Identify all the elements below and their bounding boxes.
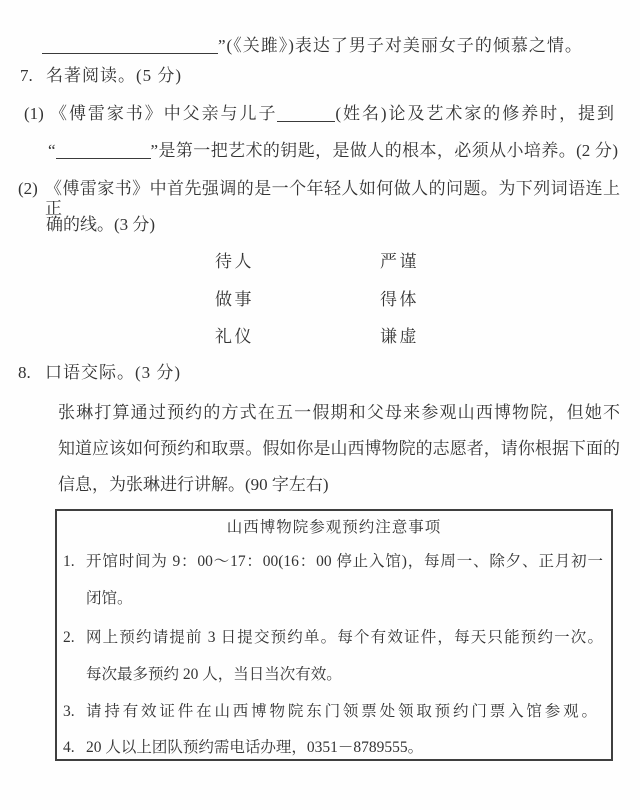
fill-blank-sentence: ”(《关雎》)表达了男子对美丽女子的倾慕之情。 (42, 36, 583, 56)
q7-part1-line2-text: ”是第一把艺术的钥匙，是做人的根本，必须从小培养。(2 分) (151, 141, 618, 160)
fill-blank-text: ”(《关雎》)表达了男子对美丽女子的倾慕之情。 (218, 36, 583, 55)
notice-item4-line1: 20 人以上团队预约需电话办理，0351－8789555。 (86, 738, 423, 757)
q8-paragraph-line3: 信息，为张琳进行讲解。(90 字左右) (58, 475, 329, 495)
notice-box: 山西博物院参观预约注意事项 1. 开馆时间为 9：00～17：00(16：00 … (55, 509, 613, 761)
notice-item1-number: 1. (63, 552, 75, 571)
match-right-word-3: 谦虚 (380, 327, 419, 347)
question-8-number: 8. (18, 363, 31, 383)
q7-part1-open-quote: “ (48, 141, 56, 160)
notice-item3-line1: 请持有效证件在山西博物院东门领票处领取预约门票入馆参观。 (86, 702, 597, 721)
name-answer-blank (277, 104, 335, 122)
q8-paragraph-line2: 知道应该如何预约和取票。假如你是山西博物院的志愿者，请你根据下面的 (58, 439, 620, 459)
quote-answer-blank (56, 141, 151, 159)
q8-paragraph-line1: 张琳打算通过预约的方式在五一假期和父母来参观山西博物院，但她不 (58, 403, 620, 423)
question-7-number: 7. (20, 66, 33, 86)
notice-item1-line1: 开馆时间为 9：00～17：00(16：00 停止入馆)，每周一、除夕、正月初一 (86, 552, 603, 571)
notice-item2-number: 2. (63, 628, 75, 647)
notice-item2-line1: 网上预约请提前 3 日提交预约单。每个有效证件，每天只能预约一次。 (86, 628, 603, 647)
answer-blank (42, 36, 218, 54)
question-7-title: 名著阅读。(5 分) (46, 66, 182, 86)
q7-part1-line1: 《傅雷家书》中父亲与儿子(姓名)论及艺术家的修养时，提到 (50, 104, 614, 124)
match-left-word-3: 礼仪 (215, 327, 254, 347)
notice-item2-line2: 每次最多预约 20 人，当日当次有效。 (86, 665, 342, 684)
match-left-word-2: 做事 (215, 290, 254, 310)
match-right-word-2: 得体 (380, 290, 419, 310)
q7-part1-label: (1) (24, 104, 44, 124)
exam-page: ”(《关雎》)表达了男子对美丽女子的倾慕之情。 7. 名著阅读。(5 分) (1… (0, 0, 640, 810)
q7-part2-label: (2) (18, 179, 38, 199)
q7-part1-before-blank: 《傅雷家书》中父亲与儿子 (50, 104, 277, 123)
q7-part1-after-blank: (姓名)论及艺术家的修养时，提到 (335, 104, 614, 123)
notice-item4-number: 4. (63, 738, 75, 757)
notice-box-title: 山西博物院参观预约注意事项 (57, 518, 611, 537)
match-left-word-1: 待人 (215, 252, 254, 272)
notice-item3-number: 3. (63, 702, 75, 721)
match-right-word-1: 严谨 (380, 252, 419, 272)
q7-part2-line2: 确的线。(3 分) (46, 215, 155, 235)
notice-item1-line2: 闭馆。 (86, 589, 133, 608)
q7-part2-line1: 《傅雷家书》中首先强调的是一个年轻人如何做人的问题。为下列词语连上正 (45, 179, 620, 219)
question-8-title: 口语交际。(3 分) (45, 363, 181, 383)
q7-part1-line2: “”是第一把艺术的钥匙，是做人的根本，必须从小培养。(2 分) (48, 141, 618, 161)
